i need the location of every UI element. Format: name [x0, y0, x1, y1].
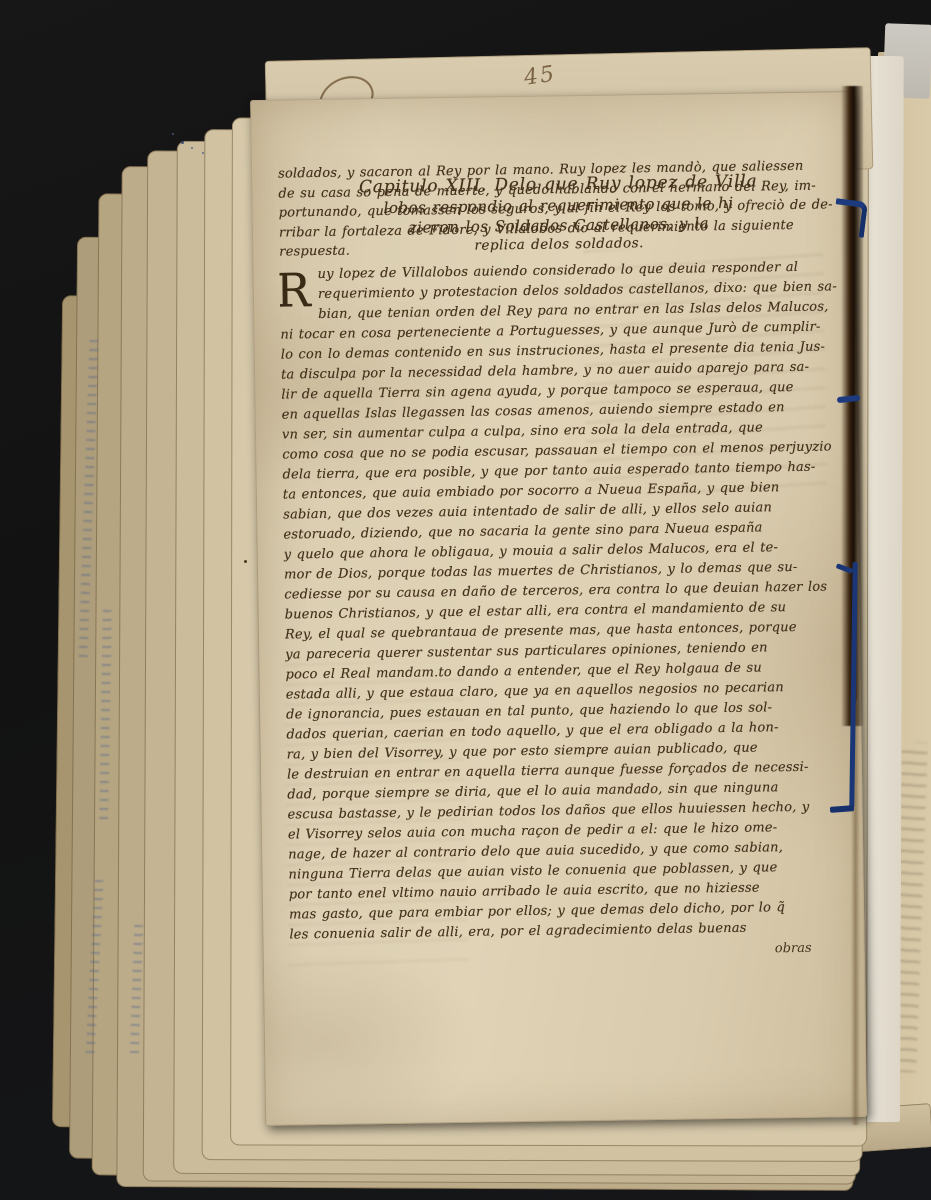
ink-speck — [244, 560, 247, 563]
ink-speck — [191, 147, 193, 149]
manuscript-page: soldados, y sacaron al Rey por la mano. … — [250, 91, 867, 1126]
thread-hook — [836, 563, 854, 574]
folio-number-mark: 45 — [522, 61, 557, 91]
opening-paragraph: soldados, y sacaron al Rey por la mano. … — [278, 156, 833, 262]
thread-vertical — [849, 562, 857, 808]
ink-speck — [172, 133, 174, 135]
ink-speck — [181, 141, 184, 144]
body-paragraph: R uy lopez de Villalobos auiendo conside… — [279, 257, 849, 945]
drop-cap-initial: R — [278, 267, 314, 326]
thread-foot — [830, 805, 854, 813]
text-block: soldados, y sacaron al Rey por la mano. … — [278, 156, 850, 965]
binding-thread-stitch-long — [830, 556, 866, 814]
ink-speck — [202, 152, 204, 154]
manuscript-photo-scene: 45 soldados, y sacaron al Rey por la man… — [0, 0, 931, 1200]
binding-thread-stitch-top — [832, 198, 868, 238]
body-lines: uy lopez de Villalobos auiendo considera… — [279, 257, 849, 945]
